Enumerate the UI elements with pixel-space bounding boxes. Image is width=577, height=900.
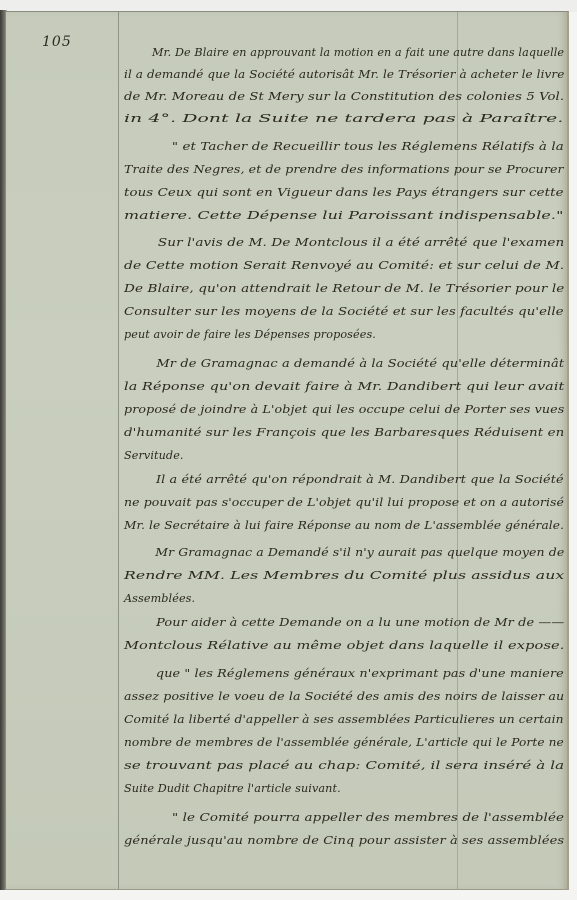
manuscript-line: tous Ceux qui sont en Vigueur dans les P…	[124, 186, 564, 199]
manuscript-line: Consulter sur les moyens de la Société e…	[124, 305, 564, 318]
manuscript-line: de Cette motion Serait Renvoyé au Comité…	[124, 259, 564, 272]
manuscript-line: Pour aider à cette Demande on a lu une m…	[124, 616, 564, 629]
manuscript-line: peut avoir de faire les Dépenses proposé…	[124, 328, 376, 341]
manuscript-line: proposé de joindre à L'objet qui les occ…	[124, 403, 564, 416]
manuscript-line: la Réponse qu'on devait faire à Mr. Dand…	[124, 380, 564, 393]
manuscript-line: nombre de membres de l'assemblée général…	[124, 736, 564, 749]
manuscript-line: in 4°. Dont la Suite ne tardera pas à Pa…	[124, 112, 563, 125]
manuscript-line: assez positive le voeu de la Société des…	[124, 690, 564, 703]
manuscript-line: Il a été arrêté qu'on répondrait à M. Da…	[124, 473, 564, 486]
manuscript-line: matiere. Cette Dépense lui Paroissant in…	[124, 209, 564, 222]
manuscript-line: Servitude.	[124, 449, 184, 462]
manuscript-line: Assemblées.	[124, 592, 195, 605]
manuscript-line: Mr. le Secrétaire à lui faire Réponse au…	[124, 519, 564, 532]
manuscript-line: Rendre MM. Les Membres du Comité plus as…	[124, 569, 564, 582]
manuscript-line: Traite des Negres, et de prendre des inf…	[124, 163, 564, 176]
manuscript-line: Sur l'avis de M. De Montclous il a été a…	[124, 236, 564, 249]
manuscript-line: ne pouvait pas s'occuper de L'objet qu'i…	[124, 496, 564, 509]
manuscript-line: Mr de Gramagnac a demandé à la Société q…	[124, 357, 564, 370]
manuscript-line: De Blaire, qu'on attendrait le Retour de…	[124, 282, 564, 295]
manuscript-line: d'humanité sur les François que les Barb…	[124, 426, 564, 439]
page-number: 105	[42, 34, 72, 50]
manuscript-line: Mr. De Blaire en approuvant la motion en…	[124, 46, 564, 59]
manuscript-page: 105 Mr. De Blaire en approuvant la motio…	[6, 11, 569, 890]
manuscript-line: " et Tacher de Recueillir tous les Régle…	[124, 140, 564, 153]
manuscript-line: générale jusqu'au nombre de Cinq pour as…	[124, 834, 564, 847]
manuscript-line: se trouvant pas placé au chap: Comité, i…	[124, 759, 564, 772]
margin-rule	[118, 12, 119, 889]
manuscript-line: de Mr. Moreau de St Mery sur la Constitu…	[124, 90, 564, 103]
manuscript-line: Suite Dudit Chapitre l'article suivant.	[124, 782, 341, 795]
manuscript-line: " le Comité pourra appeller des membres …	[124, 811, 564, 824]
manuscript-line: Mr Gramagnac a Demandé s'il n'y aurait p…	[124, 546, 564, 559]
manuscript-line: que " les Réglemens généraux n'exprimant…	[124, 667, 564, 680]
manuscript-line: il a demandé que la Société autorisât Mr…	[124, 68, 564, 81]
manuscript-line: Montclous Rélative au même objet dans la…	[124, 639, 565, 652]
manuscript-line: Comité la liberté d'appeller à ses assem…	[124, 713, 564, 726]
